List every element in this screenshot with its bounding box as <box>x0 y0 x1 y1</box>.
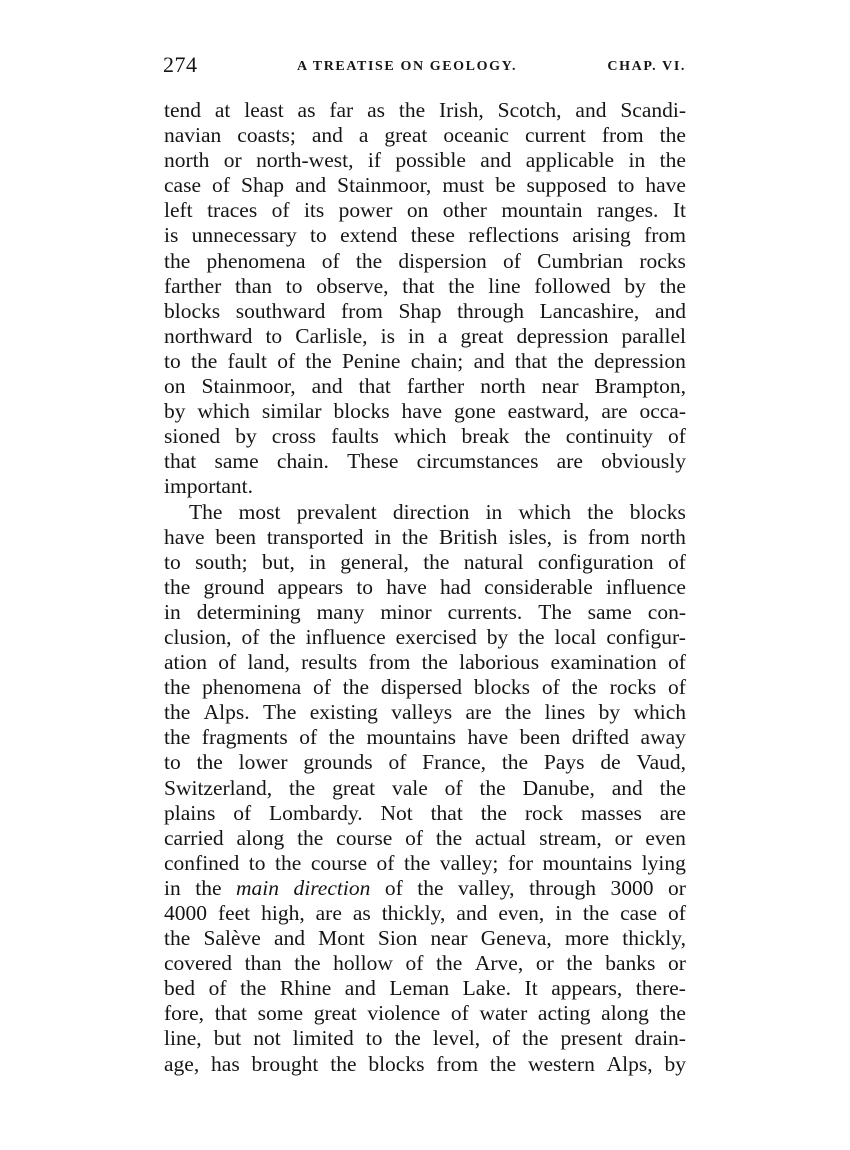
word: in <box>309 550 326 575</box>
word: are <box>465 700 491 725</box>
word: and <box>612 776 643 801</box>
word: Geneva, <box>481 926 552 951</box>
word: present <box>560 1026 622 1051</box>
word: Sion <box>378 926 417 951</box>
running-head: 274 A TREATISE ON GEOLOGY. CHAP. VI. <box>163 52 686 78</box>
word: to <box>164 349 181 374</box>
word: Mont <box>318 926 365 951</box>
word: and <box>456 901 487 926</box>
text-line: theSalèveandMontSionnearGeneva,morethick… <box>164 926 686 951</box>
word: Salève <box>203 926 260 951</box>
word: the <box>404 851 430 876</box>
word: dispersion <box>398 249 486 274</box>
word: dispersed <box>381 675 462 700</box>
word: thickly, <box>622 926 686 951</box>
word: feet <box>218 901 250 926</box>
word: be <box>495 173 515 198</box>
word: that <box>359 374 391 399</box>
word: of <box>405 951 423 976</box>
word: to <box>249 851 266 876</box>
word: the <box>660 148 686 173</box>
word: power <box>339 198 393 223</box>
word: actual <box>475 826 526 851</box>
word: as <box>353 901 371 926</box>
word: than <box>235 274 272 299</box>
word: the <box>269 625 295 650</box>
text-line: naviancoasts;andagreatoceaniccurrentfrom… <box>164 123 686 148</box>
text-line: indeterminingmanyminorcurrents.Thesameco… <box>164 600 686 625</box>
word: of <box>405 826 423 851</box>
word: The <box>263 700 296 725</box>
word: minor <box>380 600 431 625</box>
word: not <box>253 1026 280 1051</box>
word: the <box>164 675 190 700</box>
word: the <box>164 700 190 725</box>
word: most <box>239 500 281 525</box>
word: same <box>588 600 632 625</box>
word: the <box>524 424 550 449</box>
word: natural <box>464 550 524 575</box>
word: which <box>633 700 686 725</box>
word: rocks <box>639 249 686 274</box>
text-line: northwardtoCarlisle,isinagreatdepression… <box>164 324 686 349</box>
text-line: ationofland,resultsfromthelaboriousexami… <box>164 650 686 675</box>
word: if <box>368 148 381 173</box>
italic-word: main <box>236 876 279 901</box>
word: of <box>668 650 686 675</box>
text-line: tothelowergroundsofFrance,thePaysdeVaud, <box>164 750 686 775</box>
word: that <box>164 449 196 474</box>
word: Scandi- <box>620 98 686 123</box>
text-line: tendatleastasfarastheIrish,Scotch,andSca… <box>164 98 686 123</box>
word: of <box>322 249 340 274</box>
word: results <box>301 650 357 675</box>
word: of <box>668 550 686 575</box>
word: the <box>481 801 507 826</box>
word: away <box>641 725 686 750</box>
word: are <box>316 901 342 926</box>
word: the <box>502 750 528 775</box>
word: on <box>164 374 186 399</box>
word: which <box>519 500 572 525</box>
word: far <box>329 98 353 123</box>
word: lower <box>239 750 288 775</box>
word: case <box>620 901 657 926</box>
word: fault <box>228 349 267 374</box>
word: the <box>356 249 382 274</box>
text-line: isunnecessarytoextendthesereflectionsari… <box>164 223 686 248</box>
word: Danube, <box>523 776 595 801</box>
word: for <box>508 851 533 876</box>
word: coasts; <box>237 123 296 148</box>
word: The <box>538 600 571 625</box>
word: Shap <box>241 173 284 198</box>
word: stream, <box>539 826 602 851</box>
word: that <box>402 274 434 299</box>
text-line: caseofShapandStainmoor,mustbesupposedtoh… <box>164 173 686 198</box>
text-line: fartherthantoobserve,thatthelinefollowed… <box>164 274 686 299</box>
word: hollow <box>333 951 393 976</box>
word: must <box>442 173 484 198</box>
word: even <box>645 826 686 851</box>
word: been <box>215 525 256 550</box>
word: the <box>343 675 369 700</box>
text-line: tothefaultofthePeninechain;andthatthedep… <box>164 349 686 374</box>
word: Alps, <box>607 1052 653 1077</box>
word: have <box>645 173 686 198</box>
word: supposed <box>527 173 607 198</box>
word: to <box>164 550 181 575</box>
word: configuration <box>538 550 654 575</box>
word: current <box>525 123 586 148</box>
word: valleys <box>391 700 452 725</box>
word: extend <box>340 223 397 248</box>
word: the <box>275 851 301 876</box>
word: banks <box>605 951 655 976</box>
word: have <box>401 399 442 424</box>
word: these <box>411 223 455 248</box>
word: Brampton, <box>595 374 686 399</box>
word: navian <box>164 123 221 148</box>
word: drifted <box>572 725 629 750</box>
text-line: thegroundappearstohavehadconsiderableinf… <box>164 575 686 600</box>
word: blocks <box>164 299 220 324</box>
word: vale <box>392 776 428 801</box>
word: the <box>660 274 686 299</box>
word: has <box>211 1052 240 1077</box>
word: that <box>215 1001 247 1026</box>
word: line <box>488 274 520 299</box>
word: to <box>164 750 181 775</box>
text-line: tosouth;but,ingeneral,thenaturalconfigur… <box>164 550 686 575</box>
word: mountain <box>501 198 582 223</box>
word: of <box>241 625 259 650</box>
word: ation <box>164 650 207 675</box>
word: the <box>395 1026 421 1051</box>
word: of <box>233 801 251 826</box>
word: as <box>298 98 316 123</box>
word: isles, <box>508 525 552 550</box>
word: depression <box>594 349 686 374</box>
word: great <box>332 776 375 801</box>
word: reflections <box>468 223 559 248</box>
word: break <box>462 424 510 449</box>
word: or <box>668 951 686 976</box>
word: in <box>408 324 425 349</box>
word: ground <box>203 575 264 600</box>
word: similar <box>262 399 322 424</box>
word: more <box>565 926 609 951</box>
word: as <box>367 98 385 123</box>
word: same <box>214 449 258 474</box>
word: Lancashire, <box>540 299 640 324</box>
word: phenomena <box>206 249 305 274</box>
word: of <box>388 750 406 775</box>
word: the <box>505 700 531 725</box>
word: existing <box>310 700 378 725</box>
text-line: thephenomenaofthedispersionofCumbrianroc… <box>164 249 686 274</box>
word: con- <box>648 600 686 625</box>
word: blocks <box>630 500 686 525</box>
word: These <box>347 449 398 474</box>
word: there- <box>636 976 686 1001</box>
word: of <box>377 851 395 876</box>
word: confined <box>164 851 239 876</box>
text-line: thephenomenaofthedispersedblocksoftheroc… <box>164 675 686 700</box>
word: north-west, <box>256 148 353 173</box>
word: in <box>486 500 503 525</box>
word: and <box>312 374 343 399</box>
word: the <box>240 976 266 1001</box>
text-line: sionedbycrossfaultswhichbreakthecontinui… <box>164 424 686 449</box>
text-line: thefragmentsofthemountainshavebeendrifte… <box>164 725 686 750</box>
word: the <box>522 1026 548 1051</box>
word: from <box>602 123 644 148</box>
word: southward <box>236 299 326 324</box>
word: occa- <box>639 399 686 424</box>
italic-word: direction <box>294 876 371 901</box>
word: blocks <box>474 675 530 700</box>
word: by <box>487 625 509 650</box>
word: or <box>615 826 633 851</box>
word: of <box>451 1001 469 1026</box>
word: 4000 <box>164 901 207 926</box>
word: and <box>295 173 326 198</box>
word: but, <box>262 550 295 575</box>
word: bed <box>164 976 195 1001</box>
word: some <box>258 1001 303 1026</box>
word: Leman <box>389 976 449 1001</box>
text-line: carriedalongthecourseoftheactualstream,o… <box>164 826 686 851</box>
word: Lombardy. <box>269 801 363 826</box>
word: the <box>195 876 221 901</box>
word: of <box>492 1026 510 1051</box>
word: the <box>297 826 323 851</box>
word: through <box>457 299 524 324</box>
text-line: plainsofLombardy.Notthattherockmassesare <box>164 801 686 826</box>
word: appears, <box>551 976 622 1001</box>
word: great <box>384 123 427 148</box>
word: is <box>381 324 395 349</box>
word: important. <box>164 474 253 499</box>
text-line: confinedtothecourseofthevalley;formounta… <box>164 851 686 876</box>
word: observe, <box>316 274 388 299</box>
word: chain; <box>411 349 464 374</box>
page-number: 274 <box>163 52 198 78</box>
word: than <box>245 951 282 976</box>
word: the <box>294 951 320 976</box>
word: sioned <box>164 424 220 449</box>
word: chain. <box>277 449 329 474</box>
word: by <box>164 399 186 424</box>
word: rocks <box>610 675 657 700</box>
word: of <box>445 776 463 801</box>
word: water <box>479 1001 527 1026</box>
word: in <box>164 600 181 625</box>
word: by <box>599 700 621 725</box>
word: are <box>601 399 627 424</box>
chapter-label: CHAP. VI. <box>607 56 686 78</box>
word: near <box>542 374 579 399</box>
word: Scotch, <box>498 98 562 123</box>
word: arising <box>572 223 631 248</box>
word: Lake. <box>463 976 511 1001</box>
word: the <box>660 776 686 801</box>
word: the <box>490 1052 516 1077</box>
word: fragments <box>202 725 288 750</box>
word: drain- <box>635 1026 686 1051</box>
word: the <box>164 725 190 750</box>
word: traces <box>207 198 257 223</box>
word: appears <box>278 575 344 600</box>
word: the <box>566 951 592 976</box>
word: left <box>164 198 193 223</box>
text-line: havebeentransportedintheBritishisles,isf… <box>164 525 686 550</box>
word: to <box>618 173 635 198</box>
word: 3000 <box>610 876 653 901</box>
word: thickly, <box>382 901 446 926</box>
word: at <box>215 98 231 123</box>
word: is <box>164 223 178 248</box>
word: prevalent <box>297 500 377 525</box>
word: possible <box>395 148 465 173</box>
word: of <box>218 650 236 675</box>
text-line: line,butnotlimitedtothelevel,ofthepresen… <box>164 1026 686 1051</box>
word: ranges. <box>597 198 659 223</box>
word: and <box>345 976 376 1001</box>
word: to <box>286 274 303 299</box>
word: the <box>402 525 428 550</box>
word: farther <box>164 274 221 299</box>
word: to <box>265 324 282 349</box>
word: from <box>341 299 383 324</box>
word: Alps. <box>204 700 250 725</box>
word: the <box>660 123 686 148</box>
word: high, <box>261 901 305 926</box>
word: to <box>310 223 327 248</box>
word: unnecessary <box>192 223 297 248</box>
text-line: Themostprevalentdirectioninwhichtheblock… <box>164 500 686 525</box>
word: direction <box>393 500 469 525</box>
word: a <box>438 324 448 349</box>
word: the <box>518 625 544 650</box>
word: in <box>164 876 181 901</box>
word: Irish, <box>439 98 484 123</box>
word: Stainmoor, <box>337 173 431 198</box>
word: north <box>641 525 686 550</box>
word: the <box>305 349 331 374</box>
word: lying <box>642 851 686 876</box>
word: mountains <box>543 851 633 876</box>
word: from <box>369 650 411 675</box>
word: been <box>520 725 561 750</box>
text-line: thatsamechain.Thesecircumstancesareobvio… <box>164 449 686 474</box>
word: have <box>468 725 509 750</box>
word: followed <box>534 274 610 299</box>
book-title: A TREATISE ON GEOLOGY. <box>297 56 517 78</box>
text-line: northornorth-west,ifpossibleandapplicabl… <box>164 148 686 173</box>
word: general, <box>340 550 409 575</box>
word: determining <box>197 600 301 625</box>
word: course <box>311 851 367 876</box>
word: and <box>474 349 505 374</box>
word: blocks <box>368 1052 424 1077</box>
text-line: onStainmoor,andthatfarthernorthnearBramp… <box>164 374 686 399</box>
text-line: inthemaindirectionofthevalley,through300… <box>164 876 686 901</box>
word: Vaud, <box>636 750 686 775</box>
word: the <box>587 500 613 525</box>
word: oceanic <box>443 123 509 148</box>
word: but <box>214 1026 241 1051</box>
text-line: fore,thatsomegreatviolenceofwateractinga… <box>164 1001 686 1026</box>
word: Stainmoor, <box>202 374 296 399</box>
word: are <box>557 449 583 474</box>
word: examination <box>550 650 656 675</box>
word: northward <box>164 324 252 349</box>
word: currents. <box>448 600 523 625</box>
word: which <box>197 399 250 424</box>
word: the <box>423 550 449 575</box>
word: grounds <box>303 750 372 775</box>
word: valley; <box>440 851 499 876</box>
word: level, <box>433 1026 480 1051</box>
word: of <box>272 198 290 223</box>
word: of <box>668 901 686 926</box>
word: exercised <box>396 625 477 650</box>
word: local <box>555 625 597 650</box>
word: of <box>503 249 521 274</box>
word: France, <box>422 750 486 775</box>
word: along <box>601 1001 649 1026</box>
text-line: bedoftheRhineandLemanLake.Itappears,ther… <box>164 976 686 1001</box>
word: western <box>528 1052 595 1077</box>
word: the <box>436 951 462 976</box>
text-line: age,hasbroughttheblocksfromthewesternAlp… <box>164 1052 686 1077</box>
word: obviously <box>601 449 686 474</box>
word: the <box>583 901 609 926</box>
word: south; <box>195 550 248 575</box>
word: north <box>164 148 209 173</box>
word: Penine <box>342 349 401 374</box>
word: north <box>480 374 525 399</box>
word: other <box>443 198 487 223</box>
word: blocks <box>333 399 389 424</box>
word: by <box>664 1052 686 1077</box>
word: and <box>575 98 606 123</box>
text-line: important. <box>164 474 686 499</box>
word: de <box>600 750 620 775</box>
word: the <box>436 826 462 851</box>
word: farther <box>407 374 464 399</box>
word: lines <box>545 700 586 725</box>
word: the <box>164 575 190 600</box>
word: It <box>525 976 538 1001</box>
word: the <box>329 725 355 750</box>
word: the <box>164 926 190 951</box>
word: through <box>529 876 596 901</box>
word: from <box>436 1052 478 1077</box>
word: and <box>274 926 305 951</box>
word: rock <box>525 801 563 826</box>
word: Switzerland, <box>164 776 272 801</box>
word: It <box>673 198 686 223</box>
word: the <box>330 1052 356 1077</box>
word: have <box>164 525 205 550</box>
word: by <box>235 424 257 449</box>
word: plains <box>164 801 215 826</box>
word: the <box>448 274 474 299</box>
word: circumstances <box>417 449 539 474</box>
